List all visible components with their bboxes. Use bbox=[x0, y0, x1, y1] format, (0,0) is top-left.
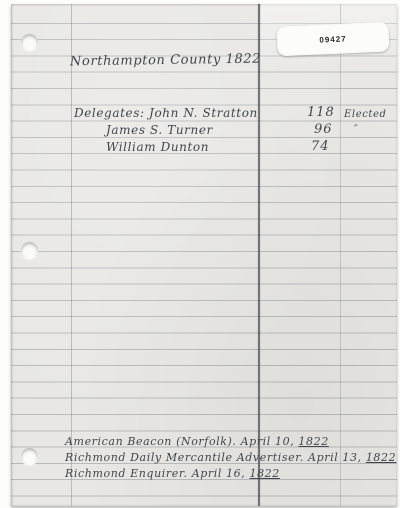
vote-count: 118 bbox=[307, 105, 335, 120]
delegate-row: Delegates: John N. Stratton bbox=[74, 106, 258, 120]
delegate-name: William Dunton bbox=[106, 140, 209, 154]
catalog-number-sticker: 09427 bbox=[276, 22, 389, 57]
citation-text: Richmond Enquirer. April 16, bbox=[65, 467, 249, 480]
citation-text: Richmond Daily Mercantile Advertiser. Ap… bbox=[65, 451, 366, 464]
paper-fold-line bbox=[340, 4, 341, 506]
source-citation: Richmond Daily Mercantile Advertiser. Ap… bbox=[65, 451, 396, 464]
scanned-document: 09427 Northampton County 1822 Delegates:… bbox=[0, 0, 400, 508]
source-citation: Richmond Enquirer. April 16, 1822 bbox=[65, 467, 280, 480]
citation-year: 1822 bbox=[298, 435, 328, 448]
citation-year: 1822 bbox=[249, 467, 279, 480]
vote-count: 96 bbox=[314, 122, 333, 137]
lined-paper-sheet bbox=[11, 4, 397, 506]
delegate-row: James S. Turner bbox=[106, 123, 213, 137]
paper-crease-line bbox=[258, 4, 260, 506]
delegates-heading: Delegates: bbox=[74, 106, 149, 120]
elected-note: Elected bbox=[344, 109, 387, 120]
source-citation: American Beacon (Norfolk). April 10, 182… bbox=[65, 435, 329, 448]
punch-hole-top bbox=[21, 34, 38, 51]
delegate-name: John N. Stratton bbox=[149, 106, 258, 120]
delegate-name: James S. Turner bbox=[106, 123, 213, 137]
page-title: Northampton County 1822 bbox=[70, 52, 261, 70]
citation-year: 1822 bbox=[366, 451, 396, 464]
delegate-row: William Dunton bbox=[106, 140, 209, 154]
paper-margin-line bbox=[71, 4, 72, 506]
vote-count: 74 bbox=[311, 139, 330, 154]
ditto-mark: ″ bbox=[354, 124, 358, 135]
citation-text: American Beacon (Norfolk). April 10, bbox=[65, 435, 298, 448]
punch-hole-bottom bbox=[21, 448, 38, 465]
catalog-number: 09427 bbox=[319, 34, 347, 44]
punch-hole-middle bbox=[21, 242, 38, 259]
